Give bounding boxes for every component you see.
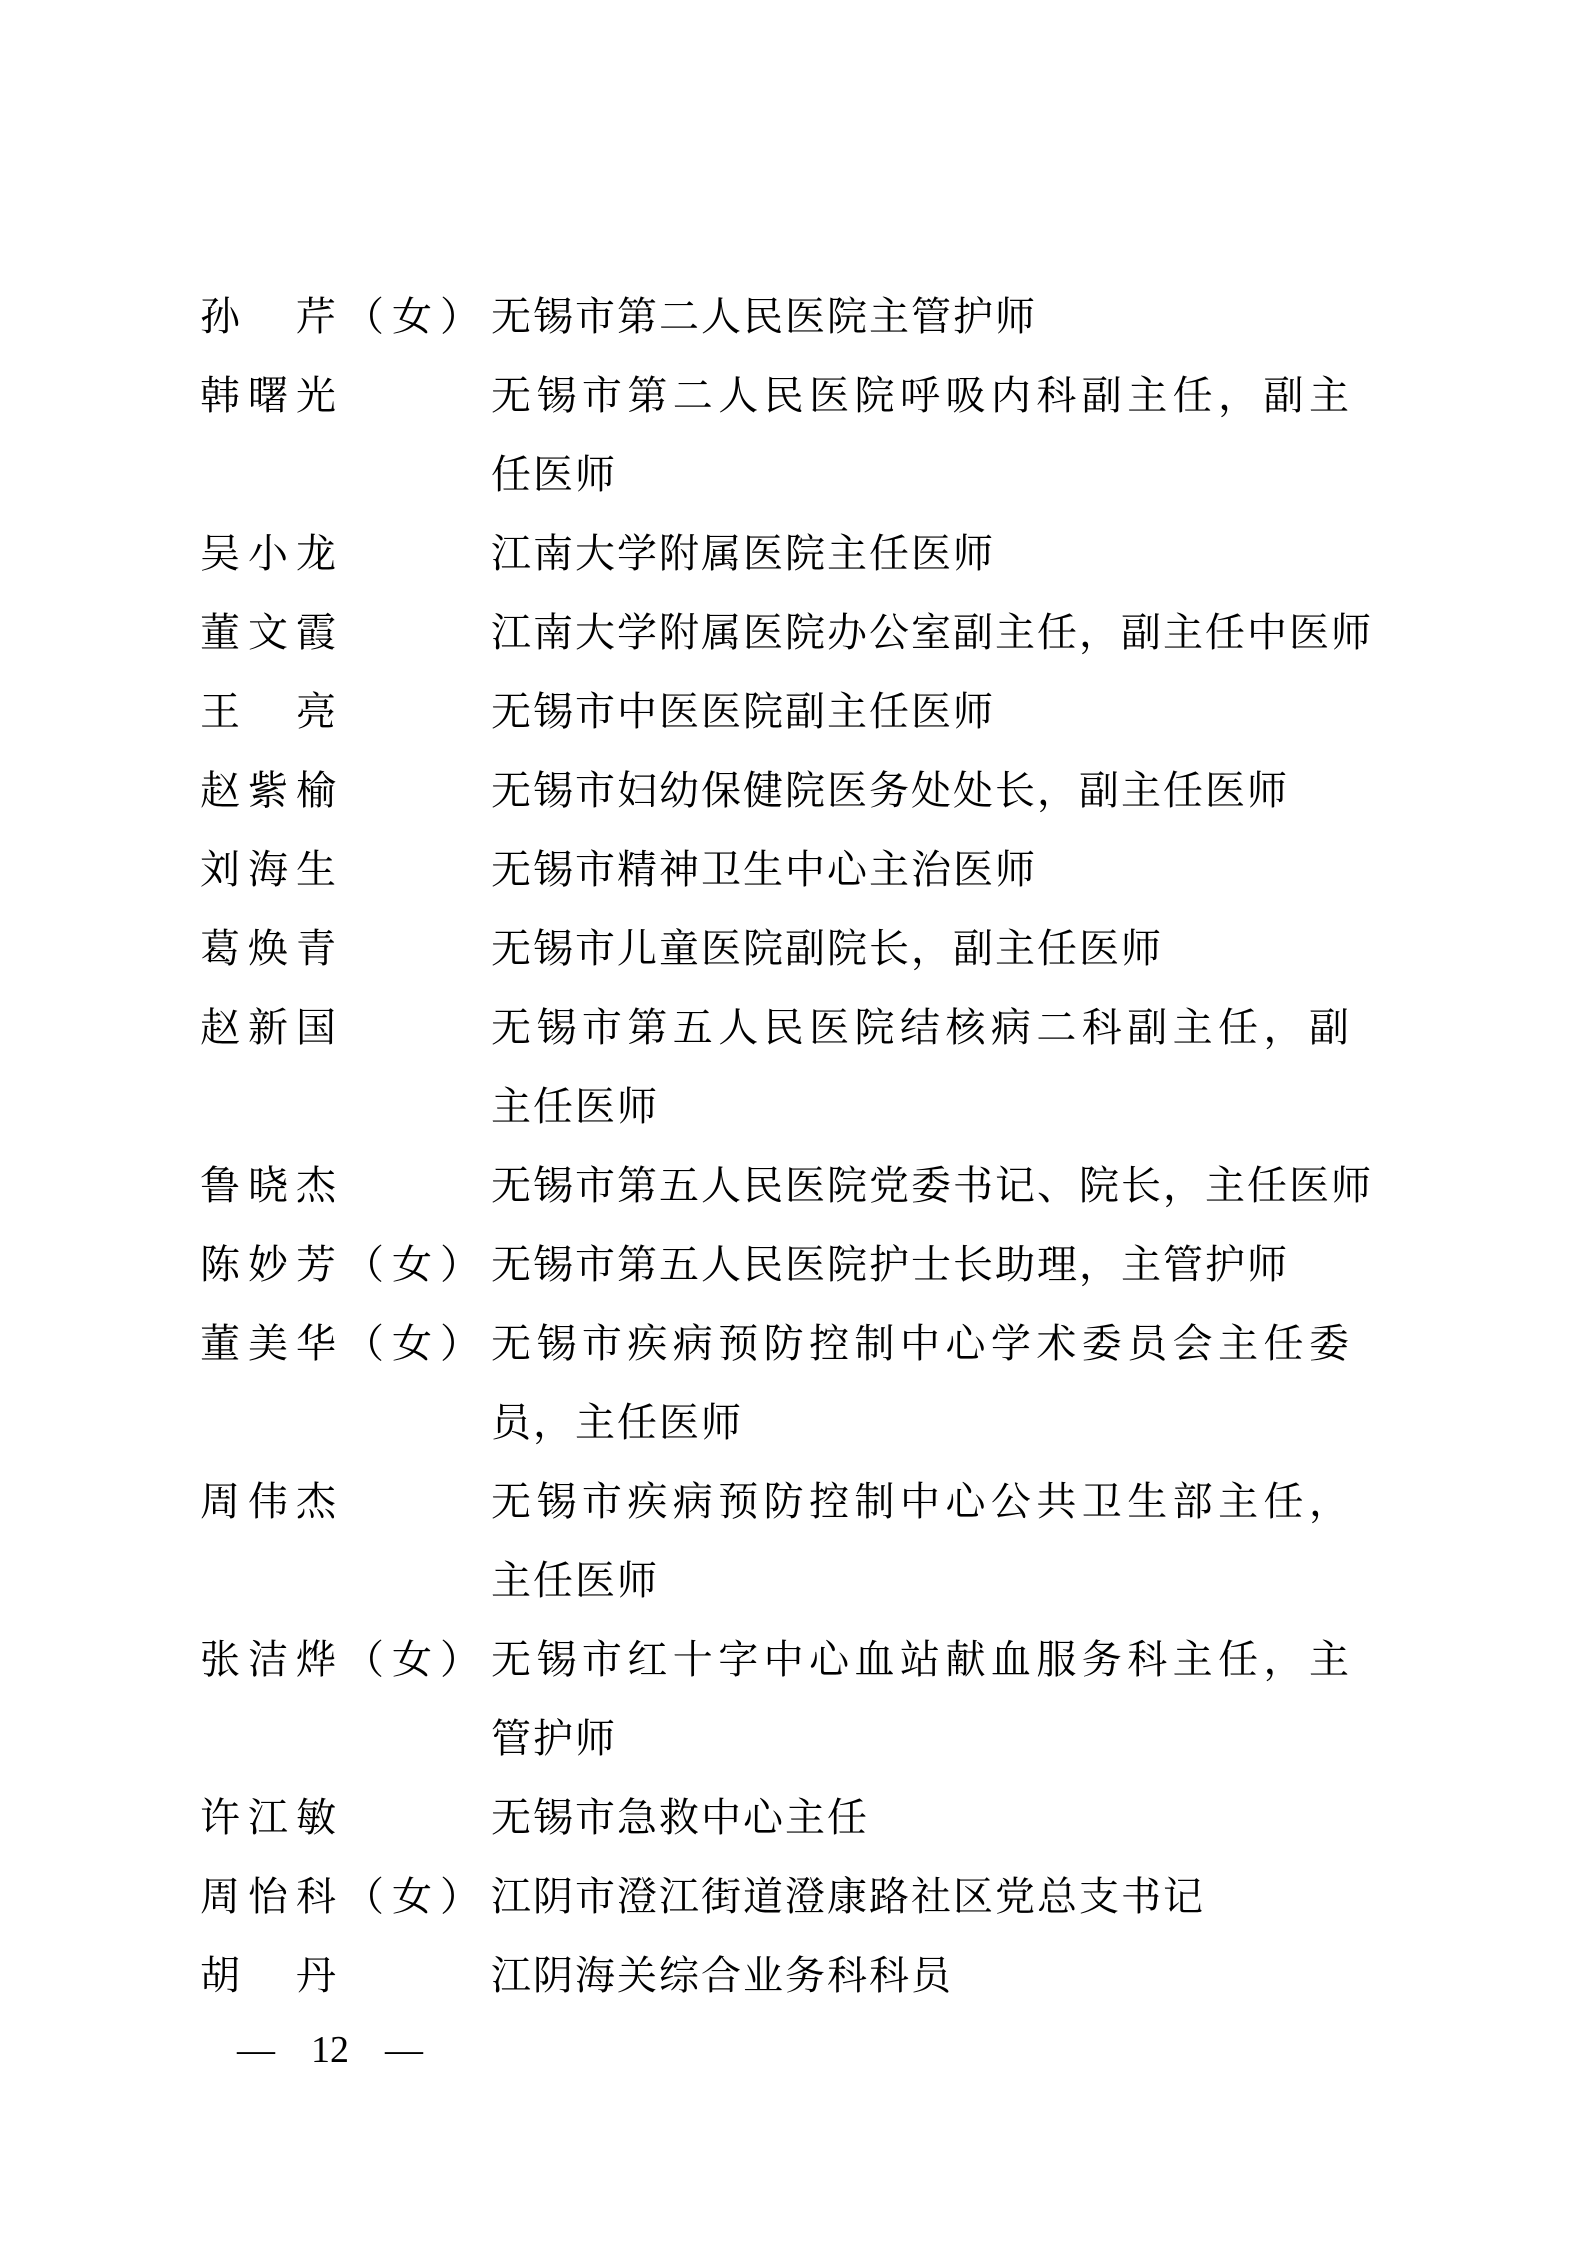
entry-row: 董美华（女）无锡市疾病预防控制中心学术委员会主任委员，主任医师 [200,1304,1351,1462]
entry-position-line: 无锡市急救中心主任 [491,1778,1351,1857]
entry-gender: （女） [344,294,488,339]
entry-row: 胡 丹江阴海关综合业务科科员 [200,1936,1351,2015]
entry-row: 王 亮无锡市中医医院副主任医师 [200,672,1351,751]
entries-list: 孙 芹（女）无锡市第二人民医院主管护师韩曙光无锡市第二人民医院呼吸内科副主任，副… [200,277,1351,2015]
entry-position-cell: 江阴市澄江街道澄康路社区党总支书记 [491,1857,1351,1936]
entry-position-line: 无锡市第二人民医院呼吸内科副主任，副主 [491,356,1351,435]
entry-name: 鲁晓杰 [200,1163,344,1208]
entry-position-line: 任医师 [491,435,1351,514]
entry-position-line: 主任医师 [491,1067,1351,1146]
entry-position-line: 江南大学附属医院办公室副主任，副主任中医师 [491,593,1351,672]
entry-name-cell: 韩曙光 [200,356,491,435]
entry-position-line: 无锡市第二人民医院主管护师 [491,277,1351,356]
entry-name: 王 亮 [200,689,344,734]
entry-row: 张洁烨（女）无锡市红十字中心血站献血服务科主任，主管护师 [200,1620,1351,1778]
entry-row: 葛焕青无锡市儿童医院副院长，副主任医师 [200,909,1351,988]
entry-position-line: 主任医师 [491,1541,1351,1620]
entry-position-cell: 无锡市妇幼保健院医务处处长，副主任医师 [491,751,1351,830]
entry-name-cell: 胡 丹 [200,1936,491,2015]
entry-name: 周怡科 [200,1874,344,1919]
entry-name: 葛焕青 [200,926,344,971]
page-footer: — 12 — [237,2026,423,2074]
entry-position-cell: 无锡市中医医院副主任医师 [491,672,1351,751]
entry-name-cell: 吴小龙 [200,514,491,593]
entry-name: 胡 丹 [200,1953,344,1998]
entry-position-line: 无锡市儿童医院副院长，副主任医师 [491,909,1351,988]
entry-name: 陈妙芳 [200,1242,344,1287]
entry-name-cell: 陈妙芳（女） [200,1225,491,1304]
entry-name-cell: 张洁烨（女） [200,1620,491,1699]
entry-row: 赵紫榆无锡市妇幼保健院医务处处长，副主任医师 [200,751,1351,830]
entry-position-line: 员，主任医师 [491,1383,1351,1462]
entry-position-cell: 无锡市第二人民医院呼吸内科副主任，副主任医师 [491,356,1351,514]
entry-name-cell: 赵紫榆 [200,751,491,830]
footer-dash-left: — [237,2026,275,2074]
entry-row: 周怡科（女）江阴市澄江街道澄康路社区党总支书记 [200,1857,1351,1936]
entry-gender: （女） [344,1874,488,1919]
entry-position-line: 江阴市澄江街道澄康路社区党总支书记 [491,1857,1351,1936]
entry-name-cell: 王 亮 [200,672,491,751]
entry-name: 吴小龙 [200,531,344,576]
entry-name: 刘海生 [200,847,344,892]
entry-position-cell: 无锡市第五人民医院党委书记、院长，主任医师 [491,1146,1351,1225]
entry-position-cell: 无锡市急救中心主任 [491,1778,1351,1857]
footer-dash-right: — [385,2026,423,2074]
entry-position-line: 江阴海关综合业务科科员 [491,1936,1351,2015]
entry-position-line: 江南大学附属医院主任医师 [491,514,1351,593]
entry-position-cell: 无锡市疾病预防控制中心公共卫生部主任，主任医师 [491,1462,1351,1620]
page-number: 12 [311,2026,349,2074]
entry-name: 张洁烨 [200,1637,344,1682]
entry-row: 韩曙光无锡市第二人民医院呼吸内科副主任，副主任医师 [200,356,1351,514]
entry-name: 孙 芹 [200,294,344,339]
entry-name-cell: 许江敏 [200,1778,491,1857]
entry-position-line: 无锡市疾病预防控制中心学术委员会主任委 [491,1304,1351,1383]
entry-name-cell: 周伟杰 [200,1462,491,1541]
entry-name-cell: 鲁晓杰 [200,1146,491,1225]
entry-name: 韩曙光 [200,373,344,418]
entry-position-cell: 江阴海关综合业务科科员 [491,1936,1351,2015]
entry-position-line: 无锡市红十字中心血站献血服务科主任，主 [491,1620,1351,1699]
entry-position-line: 无锡市妇幼保健院医务处处长，副主任医师 [491,751,1351,830]
entry-gender: （女） [344,1637,488,1682]
entry-row: 赵新国无锡市第五人民医院结核病二科副主任，副主任医师 [200,988,1351,1146]
entry-row: 周伟杰无锡市疾病预防控制中心公共卫生部主任，主任医师 [200,1462,1351,1620]
entry-position-line: 无锡市第五人民医院结核病二科副主任，副 [491,988,1351,1067]
entry-position-line: 管护师 [491,1699,1351,1778]
entry-row: 孙 芹（女）无锡市第二人民医院主管护师 [200,277,1351,356]
entry-position-cell: 无锡市疾病预防控制中心学术委员会主任委员，主任医师 [491,1304,1351,1462]
entry-name-cell: 董美华（女） [200,1304,491,1383]
entry-name: 周伟杰 [200,1479,344,1524]
entry-position-line: 无锡市第五人民医院党委书记、院长，主任医师 [491,1146,1351,1225]
entry-position-cell: 江南大学附属医院主任医师 [491,514,1351,593]
entry-row: 许江敏无锡市急救中心主任 [200,1778,1351,1857]
entry-name-cell: 董文霞 [200,593,491,672]
entry-name: 董美华 [200,1321,344,1366]
entry-name: 董文霞 [200,610,344,655]
entry-gender: （女） [344,1242,488,1287]
entry-name: 许江敏 [200,1795,344,1840]
document-page: 孙 芹（女）无锡市第二人民医院主管护师韩曙光无锡市第二人民医院呼吸内科副主任，副… [0,0,1587,2245]
entry-position-cell: 无锡市第五人民医院结核病二科副主任，副主任医师 [491,988,1351,1146]
entry-row: 董文霞江南大学附属医院办公室副主任，副主任中医师 [200,593,1351,672]
entry-position-line: 无锡市疾病预防控制中心公共卫生部主任， [491,1462,1351,1541]
entry-position-line: 无锡市中医医院副主任医师 [491,672,1351,751]
entry-position-cell: 无锡市儿童医院副院长，副主任医师 [491,909,1351,988]
entry-position-cell: 无锡市第五人民医院护士长助理，主管护师 [491,1225,1351,1304]
entry-name-cell: 葛焕青 [200,909,491,988]
entry-row: 陈妙芳（女）无锡市第五人民医院护士长助理，主管护师 [200,1225,1351,1304]
entry-row: 刘海生无锡市精神卫生中心主治医师 [200,830,1351,909]
entry-position-cell: 无锡市红十字中心血站献血服务科主任，主管护师 [491,1620,1351,1778]
entry-gender: （女） [344,1321,488,1366]
entry-row: 鲁晓杰无锡市第五人民医院党委书记、院长，主任医师 [200,1146,1351,1225]
entry-position-line: 无锡市第五人民医院护士长助理，主管护师 [491,1225,1351,1304]
entry-position-cell: 无锡市第二人民医院主管护师 [491,277,1351,356]
entry-name-cell: 孙 芹（女） [200,277,491,356]
entry-name-cell: 刘海生 [200,830,491,909]
entry-position-line: 无锡市精神卫生中心主治医师 [491,830,1351,909]
entry-name: 赵紫榆 [200,768,344,813]
entry-position-cell: 无锡市精神卫生中心主治医师 [491,830,1351,909]
entry-name: 赵新国 [200,1005,344,1050]
entry-row: 吴小龙江南大学附属医院主任医师 [200,514,1351,593]
entry-position-cell: 江南大学附属医院办公室副主任，副主任中医师 [491,593,1351,672]
entry-name-cell: 周怡科（女） [200,1857,491,1936]
entry-name-cell: 赵新国 [200,988,491,1067]
